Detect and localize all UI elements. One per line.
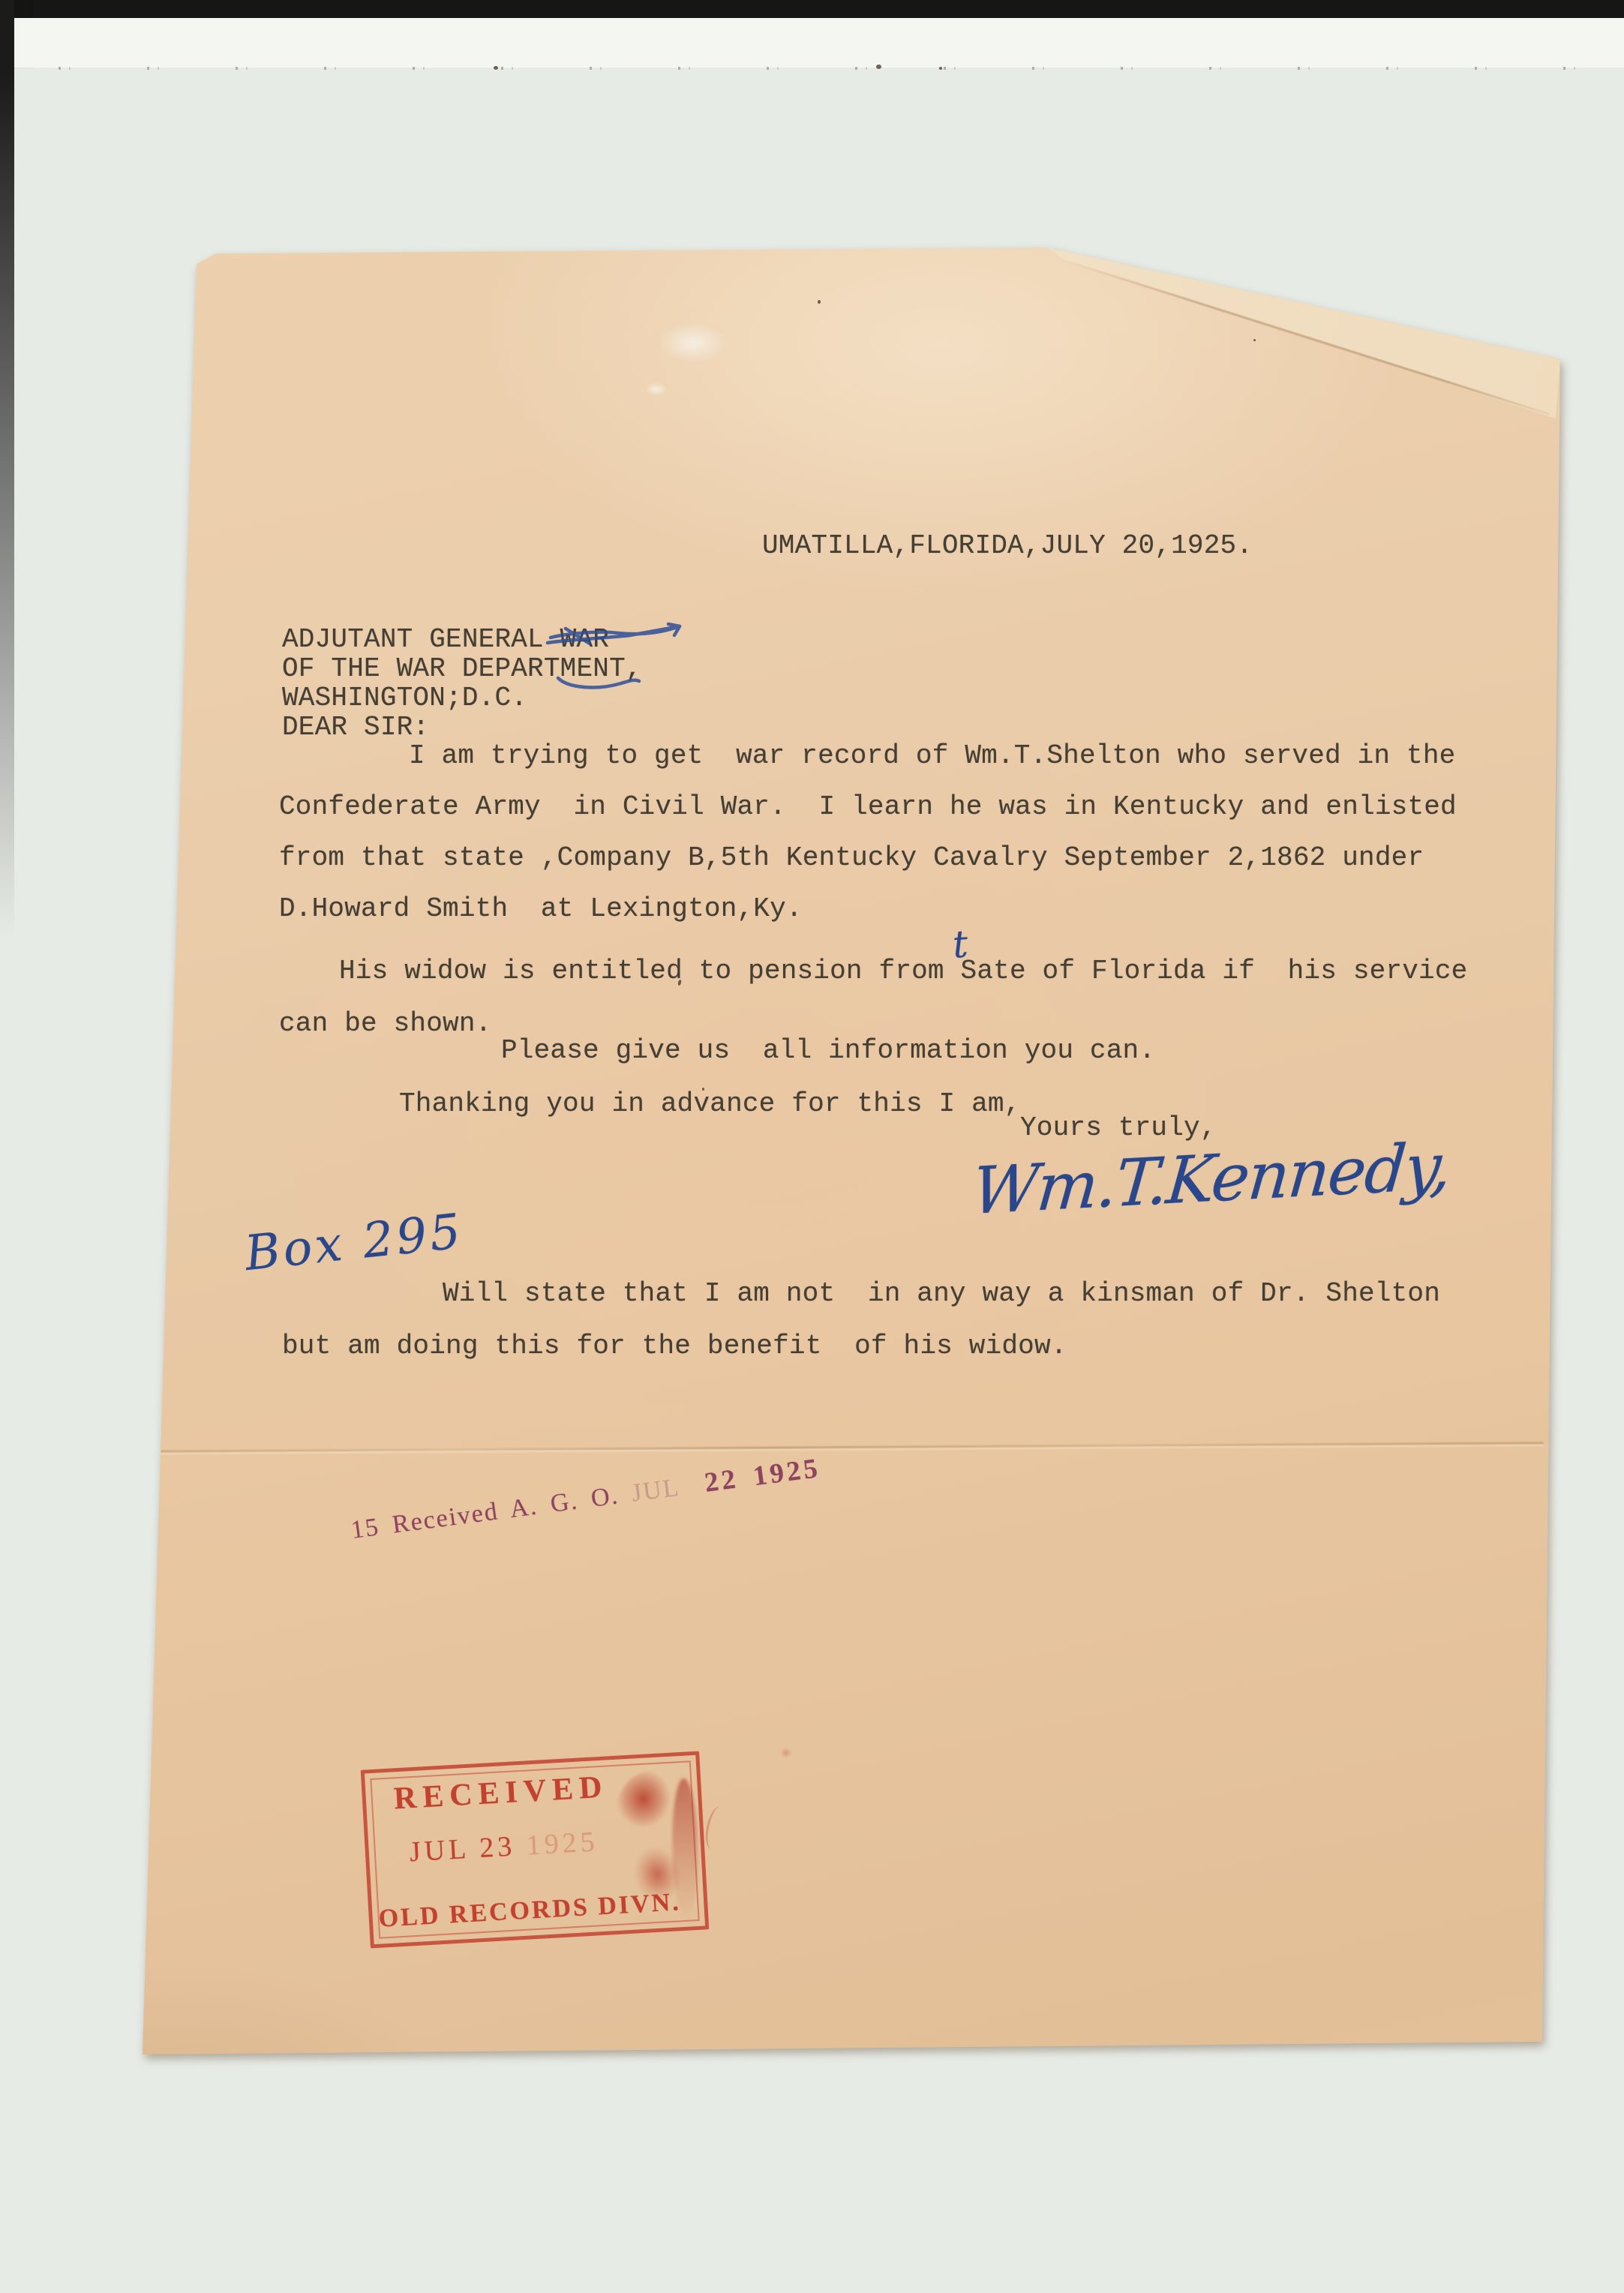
stamp-ago-month: JUL (630, 1474, 681, 1508)
body-line-7: Please give us all information you can. (501, 1036, 1155, 1066)
fold-crease-line (1060, 258, 1550, 416)
stray-red-ink-mark (702, 1805, 730, 1851)
paper-speck (1253, 339, 1256, 341)
closing-line: Yours truly, (1020, 1113, 1217, 1143)
body-line-1: I am trying to get war record of Wm.T.Sh… (409, 741, 1455, 771)
paper-damage-spot (645, 383, 668, 396)
stamp-received-ago: 15 Received A. G. O. JUL 22 1925 (349, 1452, 822, 1546)
stamp-year: 1925 (526, 1826, 599, 1861)
scanned-letter-canvas: UMATILLA,FLORIDA,JULY 20,1925. ADJUTANT … (0, 0, 1624, 2293)
stamp-ago-date: 22 1925 (703, 1453, 822, 1499)
letter-paper-wrapper: UMATILLA,FLORIDA,JULY 20,1925. ADJUTANT … (0, 0, 1624, 2293)
paper-damage-spot (659, 323, 728, 363)
body-line-6: can be shown. (279, 1009, 491, 1039)
body-line-3: from that state ,Company B,5th Kentucky … (279, 843, 1424, 873)
horizontal-crease-line (144, 1442, 1544, 1452)
dateline: UMATILLA,FLORIDA,JULY 20,1925. (762, 531, 1253, 561)
blue-strikethrough-arrow-annotation (546, 612, 696, 654)
body-line-2: Confederate Army in Civil War. I learn h… (279, 792, 1457, 822)
paper-speck (818, 300, 821, 304)
stamp-month-day: JUL 23 (409, 1830, 527, 1868)
salutation: DEAR SIR: (282, 713, 429, 743)
stamp-old-records-division: RECEIVED JUL 23 1925 OLD RECORDS DIVN. (361, 1751, 710, 1949)
postscript-line-2: but am doing this for the benefit of his… (282, 1331, 1067, 1361)
signature-handwritten: Wm.T.Kennedy, (969, 1129, 1453, 1229)
stray-red-ink-mark (780, 1748, 792, 1758)
box-number-annotation: Box 295 (242, 1204, 466, 1282)
body-line-8: Thanking you in advance for this I am, (399, 1089, 1021, 1119)
address-line-3: WASHINGTON;D.C. (282, 683, 527, 713)
body-line-5: His widow is entitled to pension from Sa… (339, 956, 1467, 986)
stamp-ago-prefix: 15 Received A. G. O. (350, 1481, 621, 1544)
body-line-4: D.Howard Smith at Lexington,Ky. (279, 894, 803, 924)
blue-underline-annotation (555, 674, 642, 692)
postscript-line-1: Will state that I am not in any way a ki… (443, 1279, 1440, 1309)
handwritten-insert-t: t (951, 925, 969, 963)
address-line-1-text: ADJUTANT GENERAL (282, 624, 560, 655)
letter-paper: UMATILLA,FLORIDA,JULY 20,1925. ADJUTANT … (0, 0, 1624, 2293)
